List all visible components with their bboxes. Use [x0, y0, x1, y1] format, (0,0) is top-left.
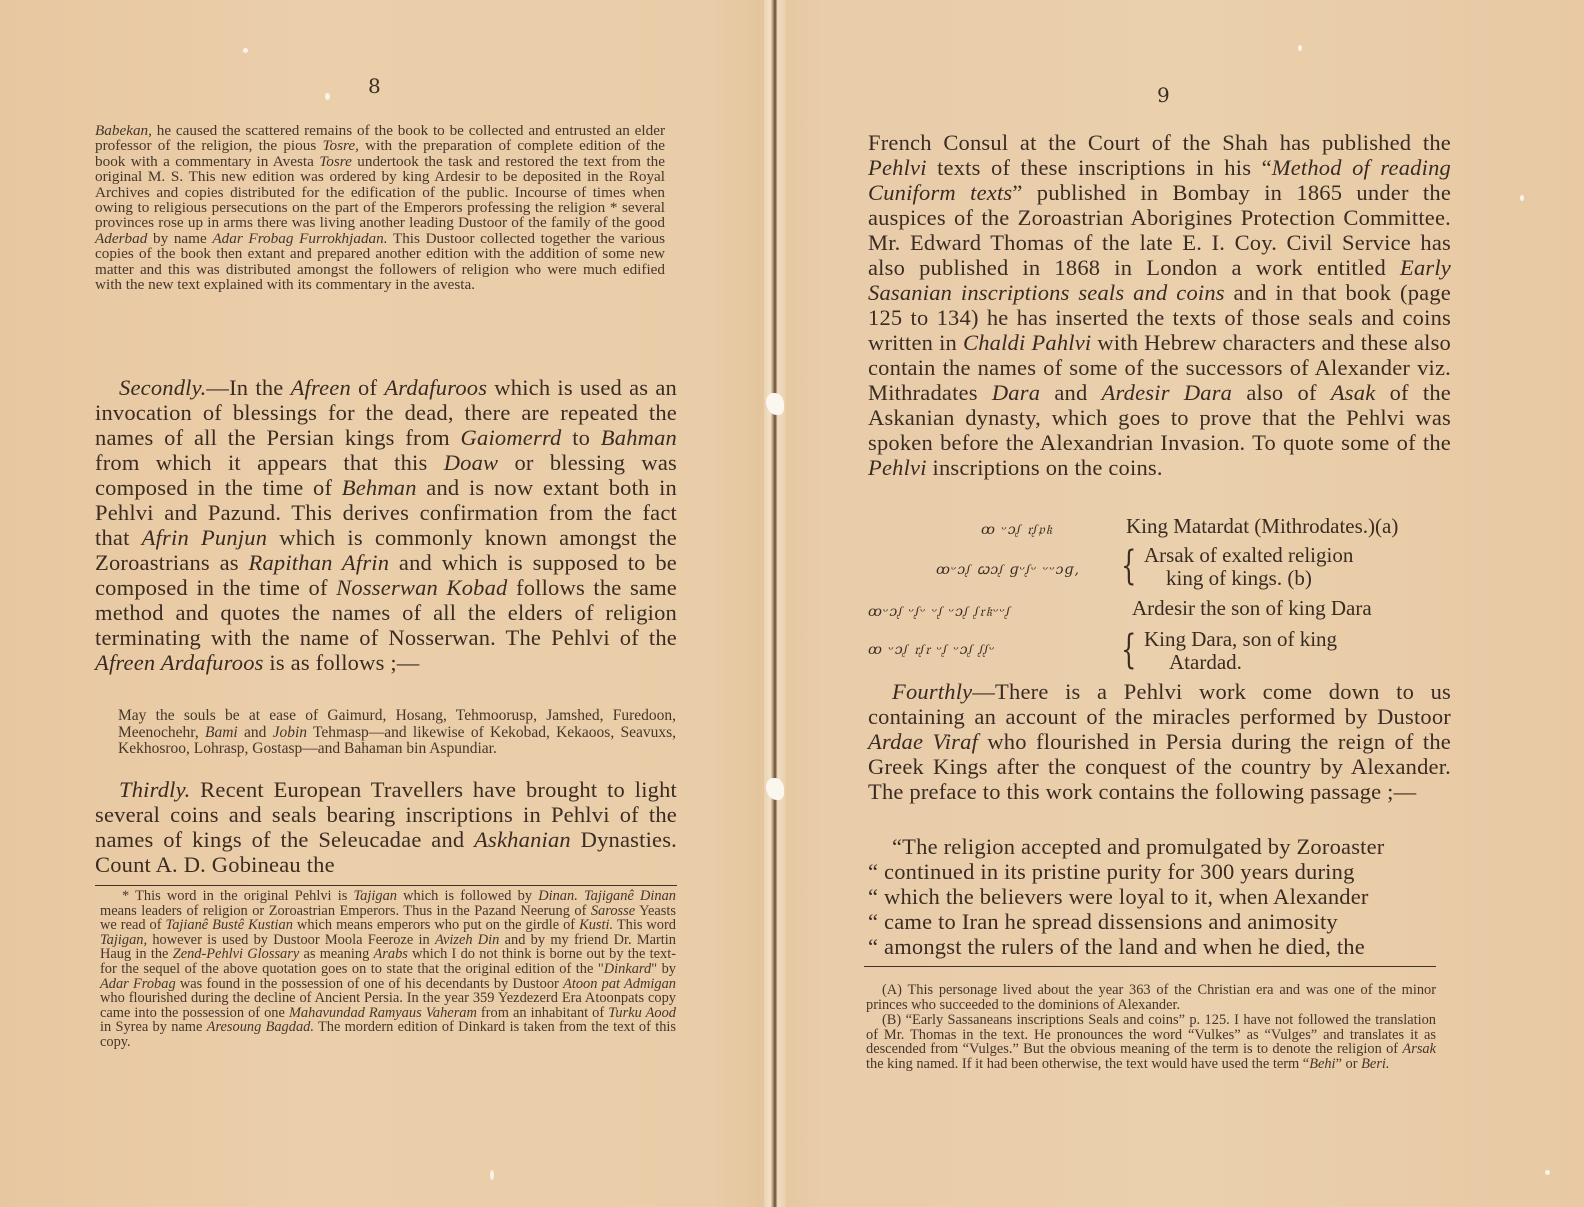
italic-term: Kusti. — [579, 917, 613, 933]
italic-term: Pehlvi — [868, 455, 927, 480]
italic-term: Tajigan, — [100, 932, 147, 948]
page-number-left: 8 — [368, 74, 381, 98]
italic-term: Rapithan Afrin — [249, 550, 390, 575]
inscription-translation-2a: Arsak of exalted religion — [1144, 543, 1353, 568]
quoted-line-5: “ amongst the rulers of the land and whe… — [868, 934, 1451, 959]
italic-term: Secondly. — [119, 375, 206, 400]
italic-term: Dara — [992, 380, 1040, 405]
thirdly-paragraph: Thirdly. Recent European Travellers have… — [95, 777, 677, 877]
italic-term: Avizeh Din — [435, 932, 499, 948]
italic-term: Method of reading Cuniform texts — [868, 155, 1451, 205]
italic-term: Behi — [1309, 1056, 1335, 1072]
inscription-translation-4b: Atardad. — [1169, 650, 1242, 675]
left-page: 8 Babekan, he caused the scattered remai… — [0, 0, 764, 1207]
inscription-translation-4a: King Dara, son of king — [1144, 627, 1337, 652]
italic-term: Afreen — [291, 375, 351, 400]
continuation-paragraph: French Consul at the Court of the Shah h… — [868, 130, 1451, 480]
footnote-b-text: (B) “Early Sassaneans inscriptions Seals… — [866, 1013, 1436, 1071]
afreen-quotation-text: May the souls be at ease of Gaimurd, Hos… — [118, 708, 676, 758]
italic-term: Arabs — [374, 946, 408, 962]
italic-term: Ardesir Dara — [1102, 380, 1233, 405]
pahlavi-inscription-3: ꝏᵕɔᶘ ᵕᶘᵕ ᵕᶘ ᵕɔᶘ ᶘ𝔯𝔨ᵕᵕᶘ — [868, 604, 1011, 621]
italic-term: Chaldi Pahlvi — [963, 330, 1091, 355]
italic-term: Askhanian — [474, 827, 571, 852]
italic-term: Pehlvi — [868, 155, 927, 180]
italic-term: Sarosse — [591, 903, 635, 919]
italic-term: Bami — [205, 724, 238, 741]
footnote-divider-right — [864, 966, 1436, 967]
italic-term: Ardafuroos — [384, 375, 487, 400]
italic-term: Dinkard — [604, 961, 651, 977]
spine-tear-bottom — [766, 778, 784, 800]
continuation-paragraph-text: French Consul at the Court of the Shah h… — [868, 130, 1451, 480]
italic-term: Ardae Viraf — [868, 729, 978, 754]
inscription-translation-2b: king of kings. (b) — [1166, 566, 1312, 591]
fourthly-paragraph: Fourthly—There is a Pehlvi work come dow… — [868, 679, 1451, 804]
italic-term: Zend-Pehlvi Glossary — [173, 946, 300, 962]
italic-term: Aderbad — [95, 230, 147, 247]
italic-term: Nosserwan Kobad — [336, 575, 507, 600]
italic-term: Afrin Punjun — [142, 525, 268, 550]
quoted-line-4: “ came to Iran he spread dissensions and… — [868, 909, 1451, 934]
italic-term: Asak — [1331, 380, 1376, 405]
paper-speck — [243, 48, 248, 53]
italic-term: Doaw — [444, 450, 499, 475]
italic-term: Tajianê Bustê Kustian — [166, 917, 293, 933]
pahlavi-inscription-4: ꝏ ᵕɔᶘ 𝔯ᶘ𝔯 ᵕᶘ ᵕɔᶘ ᶘᶘᵕ — [868, 642, 996, 659]
footnote-divider — [95, 885, 677, 886]
footnote-tajigan: * This word in the original Pehlvi is Ta… — [100, 889, 676, 1050]
brace-2: { — [1121, 546, 1136, 586]
quoted-line-2: “ continued in its pristine purity for 3… — [868, 859, 1451, 884]
brace-4: { — [1121, 630, 1136, 670]
italic-term: Thirdly. — [119, 777, 190, 802]
italic-term: Turku Aood — [608, 1005, 676, 1021]
quoted-passage: “The religion accepted and promulgated b… — [868, 834, 1451, 959]
inscription-translation-3: Ardesir the son of king Dara — [1132, 596, 1372, 621]
footnote-tajigan-text: * This word in the original Pehlvi is Ta… — [100, 889, 676, 1050]
italic-term: Tosre — [319, 153, 352, 170]
italic-term: Babekan, — [95, 122, 152, 139]
thirdly-paragraph-text: Thirdly. Recent European Travellers have… — [95, 777, 677, 877]
paper-speck — [1520, 195, 1524, 201]
italic-term: Jobin — [273, 724, 307, 741]
italic-term: Fourthly — [892, 679, 972, 704]
italic-term: Atoon pat Admigan — [563, 976, 676, 992]
inscription-translation-1: King Matardat (Mithrodates.)(a) — [1126, 514, 1398, 539]
book-spine — [764, 0, 786, 1207]
italic-term: Gaiomerrd — [461, 425, 562, 450]
italic-term: Early Sasanian inscriptions seals and co… — [868, 255, 1451, 305]
italic-term: Beri. — [1361, 1056, 1389, 1072]
afreen-quotation: May the souls be at ease of Gaimurd, Hos… — [118, 708, 676, 758]
italic-term: Adar Frobag — [100, 976, 176, 992]
paper-speck — [325, 93, 330, 100]
italic-term: Bahman — [601, 425, 677, 450]
book-spread: 8 Babekan, he caused the scattered remai… — [0, 0, 1584, 1207]
paper-speck — [1298, 45, 1302, 51]
italic-term: Afreen Ardafuroos — [95, 650, 264, 675]
right-page: 9 French Consul at the Court of the Shah… — [786, 0, 1584, 1207]
italic-term: Dinan. — [538, 888, 578, 904]
quoted-line-3: “ which the believers were loyal to it, … — [868, 884, 1451, 909]
footnote-a-text: (A) This personage lived about the year … — [866, 983, 1436, 1012]
pahlavi-inscription-2: ꝏᵕɔᶘ ꞷɔᶘ ɡᵕᶘᵕ ᵕᵕɔɡ, — [936, 560, 1080, 579]
italic-term: Arsak — [1402, 1041, 1436, 1057]
fourthly-paragraph-text: Fourthly—There is a Pehlvi work come dow… — [868, 679, 1451, 804]
italic-term: Aresoung Bagdad. — [207, 1019, 314, 1035]
italic-term: Tajigan — [354, 888, 397, 904]
quoted-line-1: “The religion accepted and promulgated b… — [868, 834, 1451, 859]
paper-speck — [1545, 1170, 1550, 1175]
footnote-a: (A) This personage lived about the year … — [866, 983, 1436, 1012]
page-number-right: 9 — [1157, 83, 1170, 107]
italic-term: Tajiganê Dinan — [584, 888, 676, 904]
italic-term: Adar Frobag Furrokhjadan. — [212, 230, 387, 247]
footnote-b: (B) “Early Sassaneans inscriptions Seals… — [866, 1013, 1436, 1071]
intro-paragraph: Babekan, he caused the scattered remains… — [95, 123, 665, 292]
secondly-paragraph: Secondly.—In the Afreen of Ardafuroos wh… — [95, 375, 677, 675]
paper-speck — [490, 1170, 494, 1180]
intro-paragraph-text: Babekan, he caused the scattered remains… — [95, 123, 665, 292]
italic-term: Mahavundad Ramyaus Vaheram — [289, 1005, 477, 1021]
pahlavi-inscription-1: ꝏ ᵕɔᶘ 𝔯ᶘ𝔭𝔨 — [981, 522, 1053, 539]
spine-tear-top — [766, 393, 784, 415]
secondly-paragraph-text: Secondly.—In the Afreen of Ardafuroos wh… — [95, 375, 677, 675]
italic-term: Behman — [342, 475, 417, 500]
